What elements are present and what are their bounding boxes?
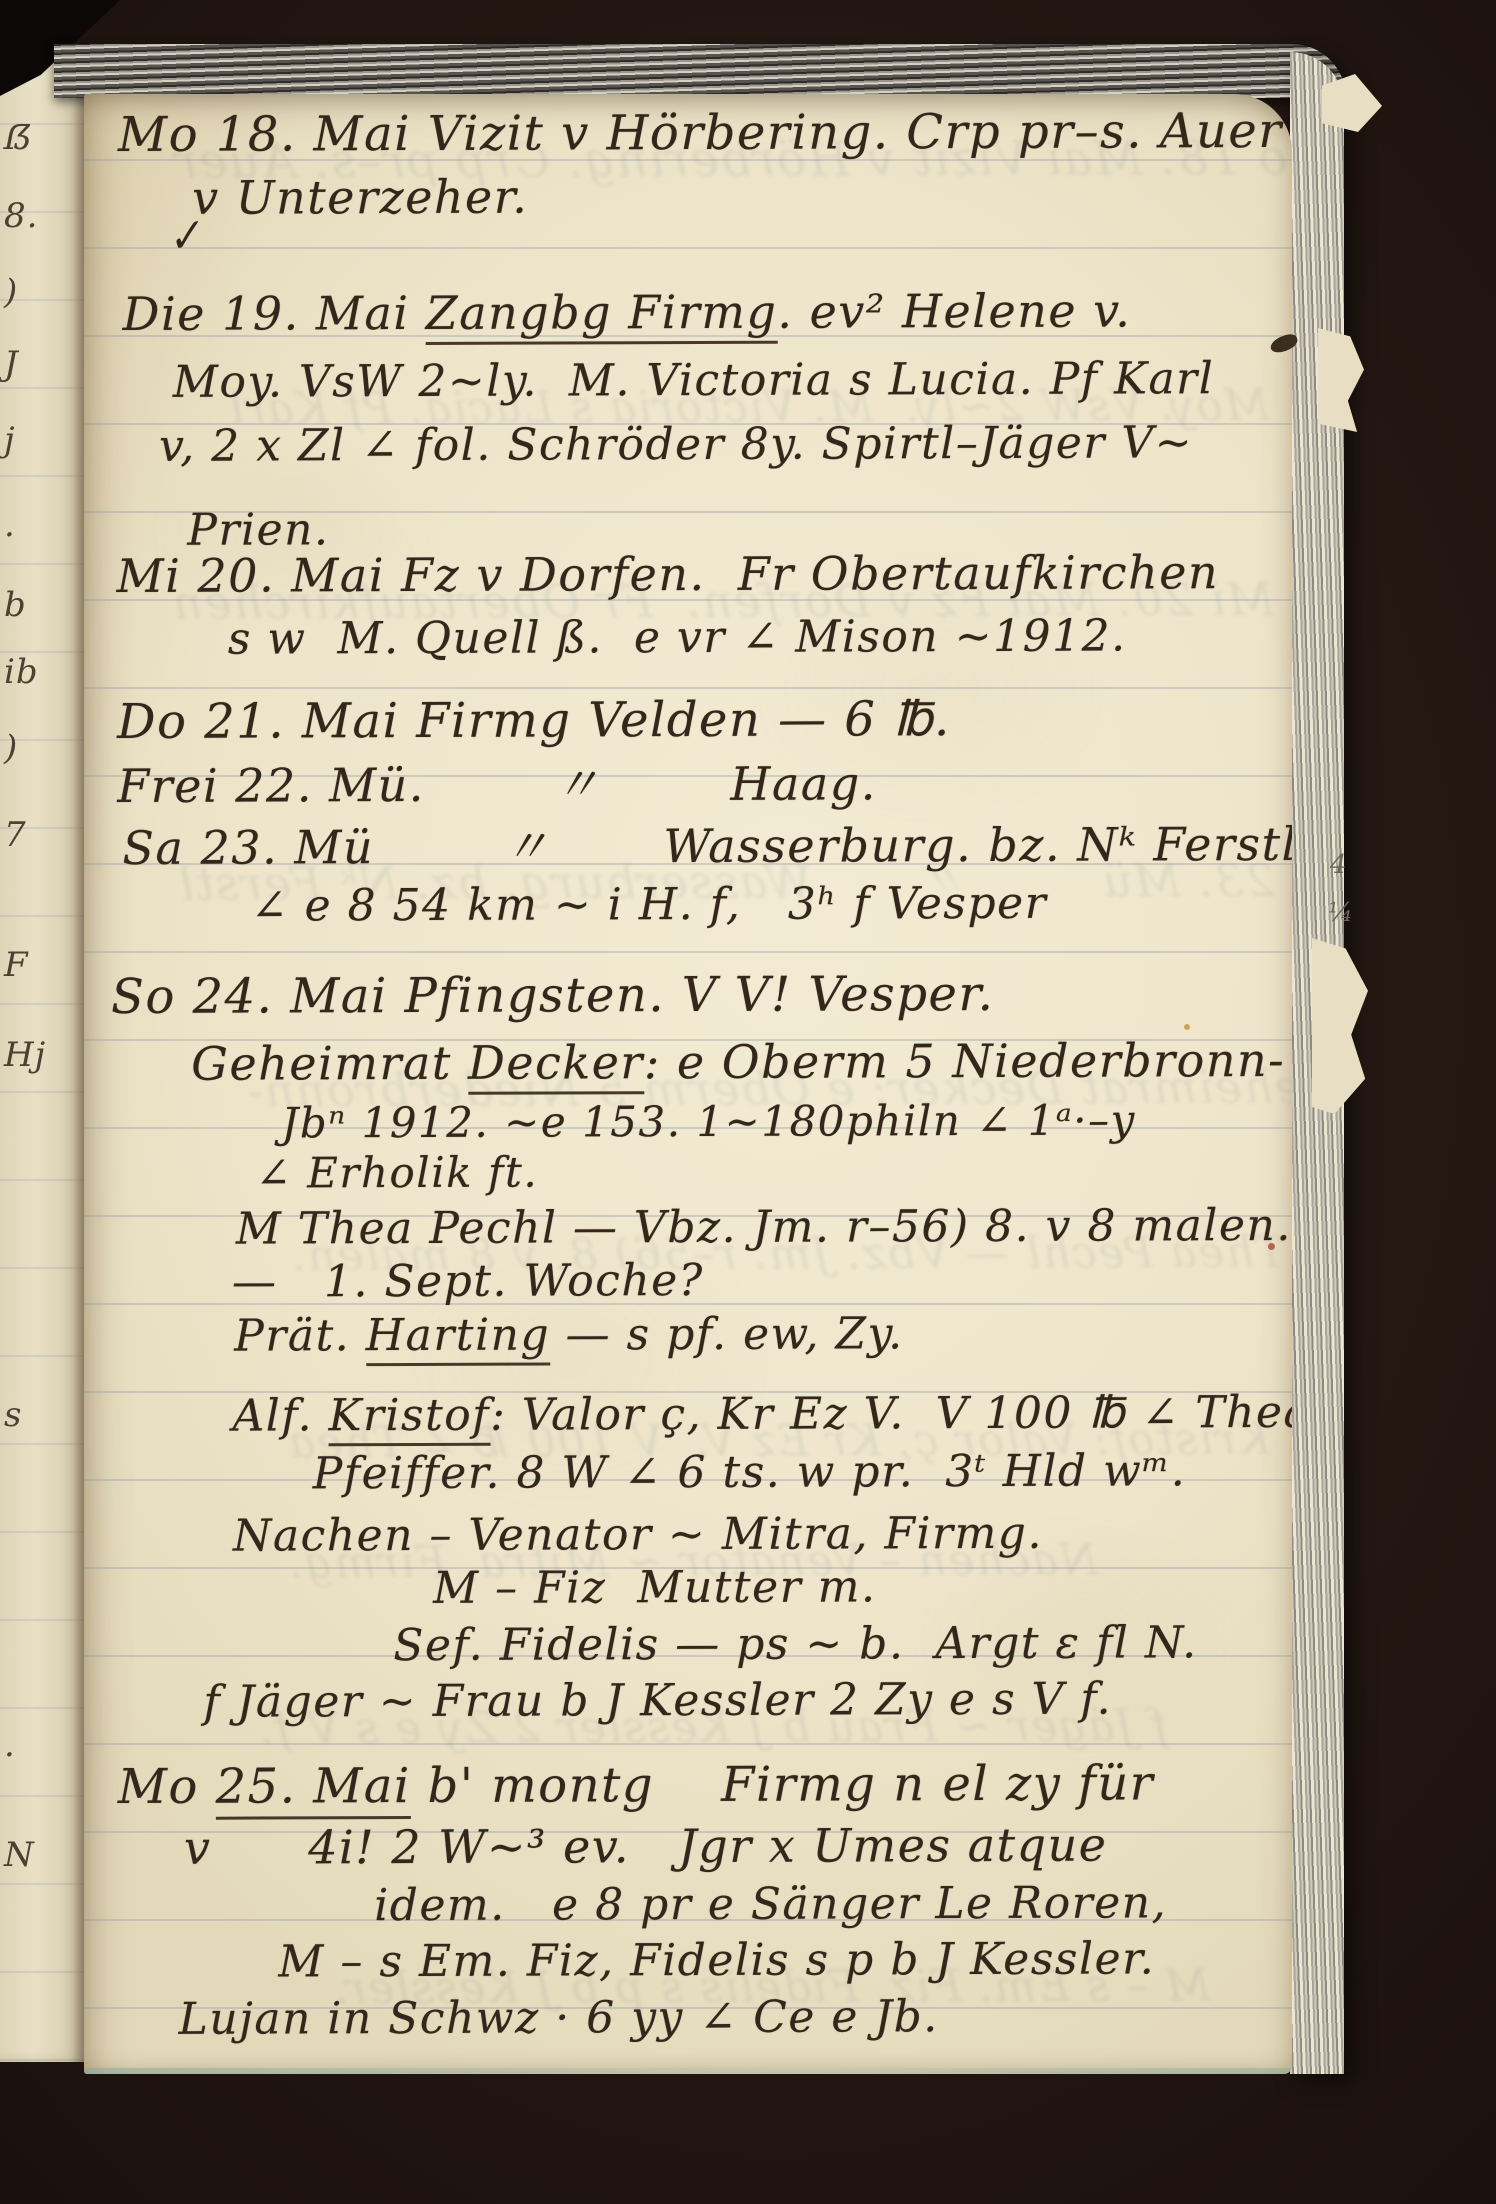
handwritten-line: Moy. VsW 2~ly. M. Victoria s Lucia. Pf K… — [173, 354, 1215, 408]
handwritten-line: Jbⁿ 1912. ~e 153. 1~180philn ∠ 1ᵃ·–y — [281, 1096, 1136, 1147]
handwritten-line: Pfeiffer. 8 W ∠ 6 ts. w pr. 3ᵗ Hld wᵐ. — [313, 1446, 1187, 1500]
handwritten-line: Mo 18. Mai Vizit v Hörbering. Crp pr–s. … — [118, 104, 1283, 163]
page-stack-top-edge — [54, 44, 1346, 98]
torn-paper-edge — [1318, 328, 1364, 432]
red-speck — [1268, 1243, 1275, 1250]
torn-paper-edge — [1312, 938, 1368, 1114]
handwritten-line: f Jäger ~ Frau b J Kessler 2 Zy e s V f. — [203, 1675, 1112, 1729]
cutoff-handwriting-fragment: N — [4, 1835, 35, 1875]
cutoff-handwriting-fragment: ) — [4, 728, 18, 768]
handwriting-layer: Mo 18. Mai Vizit v Hörbering. Crp pr–s. … — [84, 94, 1292, 2074]
handwritten-line: Mi 20. Mai Fz v Dorfen. Fr Obertaufkirch… — [116, 546, 1219, 603]
handwritten-line: M – Fiz Mutter m. — [433, 1562, 876, 1614]
diary-page: Mo 18. Mai Vizit v Hörbering. Crp pr–s. … — [84, 94, 1292, 2074]
handwritten-line: — 1. Sept. Woche? — [232, 1256, 704, 1308]
handwritten-line: Geheimrat Decker: e Oberm 5 Niederbronn- — [191, 1034, 1285, 1091]
handwritten-line: v Unterzeher. — [192, 171, 528, 225]
handwritten-line: Nachen – Venator ~ Mitra, Firmg. — [233, 1509, 1043, 1562]
handwritten-line: ∠ e 8 54 km ~ i H. f, 3ʰ f Vesper — [251, 879, 1048, 932]
handwritten-line: Die 19. Mai Zangbg Firmg. ev² Helene v. — [123, 284, 1132, 340]
handwritten-line: So 24. Mai Pfingsten. V V! Vesper. — [111, 967, 994, 1025]
cutoff-handwriting-fragment: · — [4, 515, 16, 555]
cutoff-handwriting-fragment: · — [4, 1735, 16, 1775]
handwritten-line: Prät. Harting — s pf. ew, Zy. — [234, 1309, 904, 1362]
cutoff-handwriting-fragment: J — [4, 344, 19, 384]
cutoff-handwriting-fragment: ) — [4, 272, 18, 312]
handwritten-line: v 4i! 2 W~³ ev. Jgr x Umes atque — [184, 1819, 1108, 1875]
cutoff-handwriting-fragment: ẞ — [4, 118, 33, 158]
handwritten-line: Sa 23. Mü 〃 Wasserburg. bz. Nᵏ Ferstl — [122, 818, 1292, 875]
handwritten-line: Frei 22. Mü. 〃 Haag. — [117, 757, 877, 813]
handwritten-line: Sef. Fidelis — ps ~ b. Argt ε fl N. — [393, 1618, 1198, 1671]
cutoff-handwriting-fragment: ib — [4, 652, 39, 692]
cutoff-handwriting-fragment: b — [4, 585, 27, 625]
handwritten-line: ∠ Erholik ft. — [256, 1149, 539, 1198]
handwritten-line: Mo 25. Mai b' montg Firmg n el zy für — [118, 1756, 1155, 1815]
cutoff-handwriting-fragment: s — [4, 1395, 22, 1435]
cutoff-handwriting-fragment: Hj — [4, 1035, 46, 1075]
notebook-photo: ẞ8.)Jj·bib)7FHjs·N Mo 18. Mai Vizit v Hö… — [0, 0, 1496, 2204]
handwritten-line: idem. e 8 pr e Sänger Le Roren, — [374, 1878, 1167, 1931]
paper-stain — [1184, 1024, 1190, 1030]
cutoff-handwriting-fragment: j — [4, 420, 16, 460]
handwritten-line: Do 21. Mai Firmg Velden — 6 ℔. — [117, 692, 951, 750]
handwritten-line: M – s Em. Fiz, Fidelis s p b J Kessler. — [278, 1934, 1155, 1988]
cutoff-handwriting-fragment: 8. — [4, 196, 38, 236]
handwritten-line: M Thea Pechl — Vbz. Jm. r–56) 8. v 8 mal… — [236, 1201, 1292, 1255]
cutoff-handwriting-fragment: 7 — [4, 815, 27, 855]
previous-page-edge: ẞ8.)Jj·bib)7FHjs·N — [0, 58, 86, 2062]
handwritten-line: Lujan in Schwz · 6 yy ∠ Ce e Jb. — [178, 1992, 938, 2045]
torn-paper-corner — [1322, 74, 1382, 132]
handwritten-line: v, 2 x Zl ∠ fol. Schröder 8y. Spirtl–Jäg… — [159, 418, 1193, 472]
handwritten-line: Alf. Kristof: Valor ç, Kr Ez V. V 100 ℔ … — [232, 1388, 1292, 1442]
pencil-edge-mark: 4 — [1330, 850, 1347, 880]
handwritten-line: s w M. Quell ß. e vr ∠ Mison ~1912. — [228, 612, 1127, 666]
pencil-edge-mark: ¼ — [1328, 898, 1353, 928]
cutoff-handwriting-fragment: F — [4, 945, 29, 985]
